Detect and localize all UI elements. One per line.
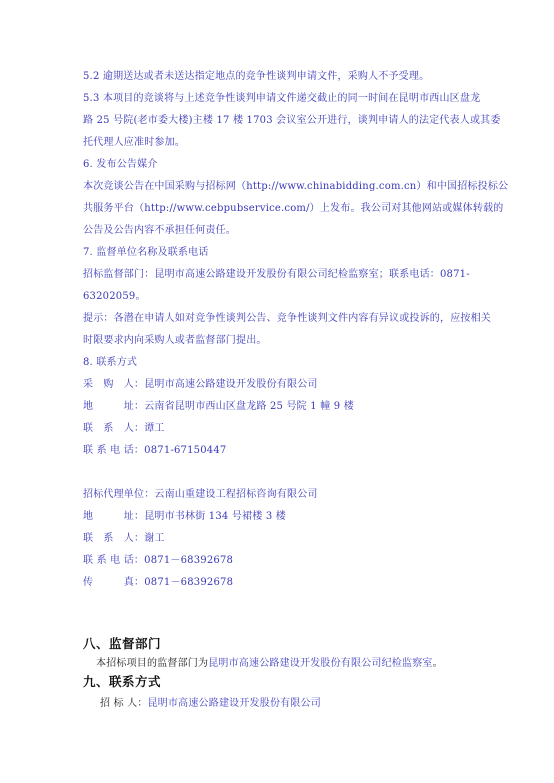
- agency-contact-row: 联 系 人：谢工: [83, 532, 165, 546]
- supervision-dept-name: 昆明市高速公路建设开发股份有限公司纪检监察室: [208, 658, 432, 669]
- agency-fax-label: 传 真：: [83, 576, 144, 590]
- section-6-line-1: 本次竞谈公告在中国采购与招标网（http://www.chinabidding.…: [83, 180, 508, 194]
- clause-5-3-line-1: 5.3 本项目的竞谈将与上述竞争性谈判申请文件递交截止的同一时间在昆明市西山区盘…: [83, 92, 480, 106]
- tenderer-row: 招 标 人：昆明市高速公路建设开发股份有限公司: [100, 697, 321, 711]
- section-6-title: 6. 发布公告媒介: [83, 158, 158, 172]
- tenderer-label: 招 标 人：: [100, 698, 148, 709]
- section-8-title: 8. 联系方式: [83, 356, 137, 370]
- section-7-line-1: 招标监督部门：昆明市高速公路建设开发股份有限公司纪检监察室；联系电话：0871-: [83, 268, 470, 282]
- agency-fax-row: 传 真：0871－68392678: [83, 576, 233, 590]
- section-7-title: 7. 监督单位名称及联系电话: [83, 246, 209, 260]
- chapter-8-text: 本招标项目的监督部门为昆明市高速公路建设开发股份有限公司纪检监察室。: [96, 657, 443, 671]
- chapter-8-text-prefix: 本招标项目的监督部门为: [96, 658, 208, 669]
- chapter-9-heading: 九、联系方式: [83, 674, 161, 690]
- purchaser-address-row: 地 址：云南省昆明市西山区盘龙路 25 号院 1 幢 9 楼: [83, 400, 354, 414]
- purchaser-phone-value: 0871-67150447: [144, 445, 226, 456]
- agency-name-value: 云南山重建设工程招标咨询有限公司: [154, 489, 317, 500]
- document-page: 5.2 逾期送达或者未送达指定地点的竞争性谈判申请文件，采购人不予受理。 5.3…: [0, 0, 554, 783]
- section-6-line-2: 共服务平台（http://www.cebpubservice.com/）上发布。…: [83, 202, 503, 216]
- purchaser-name-row: 采 购 人：昆明市高速公路建设开发股份有限公司: [83, 378, 318, 392]
- purchaser-address-label: 地 址：: [83, 400, 144, 414]
- clause-5-2: 5.2 逾期送达或者未送达指定地点的竞争性谈判申请文件，采购人不予受理。: [83, 70, 429, 84]
- agency-address-row: 地 址：昆明市书林街 134 号裙楼 3 楼: [83, 510, 286, 524]
- agency-fax-value: 0871－68392678: [144, 577, 233, 588]
- section-7-line-2: 63202059。: [83, 290, 146, 304]
- purchaser-phone-label: 联 系 电 话：: [83, 444, 144, 458]
- tenderer-value: 昆明市高速公路建设开发股份有限公司: [148, 698, 321, 709]
- purchaser-phone-row: 联 系 电 话：0871-67150447: [83, 444, 226, 458]
- section-6-line-3: 公告及公告内容不承担任何责任。: [83, 224, 236, 238]
- agency-contact-value: 谢工: [144, 533, 164, 544]
- purchaser-name-value: 昆明市高速公路建设开发股份有限公司: [144, 379, 317, 390]
- purchaser-contact-value: 谭工: [144, 423, 164, 434]
- chapter-8-text-suffix: 。: [433, 658, 443, 669]
- purchaser-contact-label: 联 系 人：: [83, 422, 144, 436]
- clause-5-3-line-3: 托代理人应准时参加。: [83, 136, 185, 150]
- purchaser-name-label: 采 购 人：: [83, 378, 144, 392]
- purchaser-address-value: 云南省昆明市西山区盘龙路 25 号院 1 幢 9 楼: [144, 401, 354, 412]
- purchaser-contact-row: 联 系 人：谭工: [83, 422, 165, 436]
- section-7-notice-line-1: 提示：各潜在申请人如对竞争性谈判公告、竞争性谈判文件内容有异议或投诉的，应按相关: [83, 312, 491, 326]
- chapter-8-heading: 八、监督部门: [83, 636, 161, 652]
- agency-address-value: 昆明市书林街 134 号裙楼 3 楼: [144, 511, 286, 522]
- agency-name-row: 招标代理单位：云南山重建设工程招标咨询有限公司: [83, 488, 318, 502]
- agency-address-label: 地 址：: [83, 510, 144, 524]
- clause-5-3-line-2: 路 25 号院(老市委大楼)主楼 17 楼 1703 会议室公开进行，谈判申请人…: [83, 114, 501, 128]
- agency-phone-row: 联 系 电 话：0871－68392678: [83, 554, 233, 568]
- agency-contact-label: 联 系 人：: [83, 532, 144, 546]
- agency-phone-label: 联 系 电 话：: [83, 554, 144, 568]
- agency-phone-value: 0871－68392678: [144, 555, 233, 566]
- section-7-notice-line-2: 时限要求内向采购人或者监督部门提出。: [83, 334, 267, 348]
- agency-name-label: 招标代理单位：: [83, 488, 154, 502]
